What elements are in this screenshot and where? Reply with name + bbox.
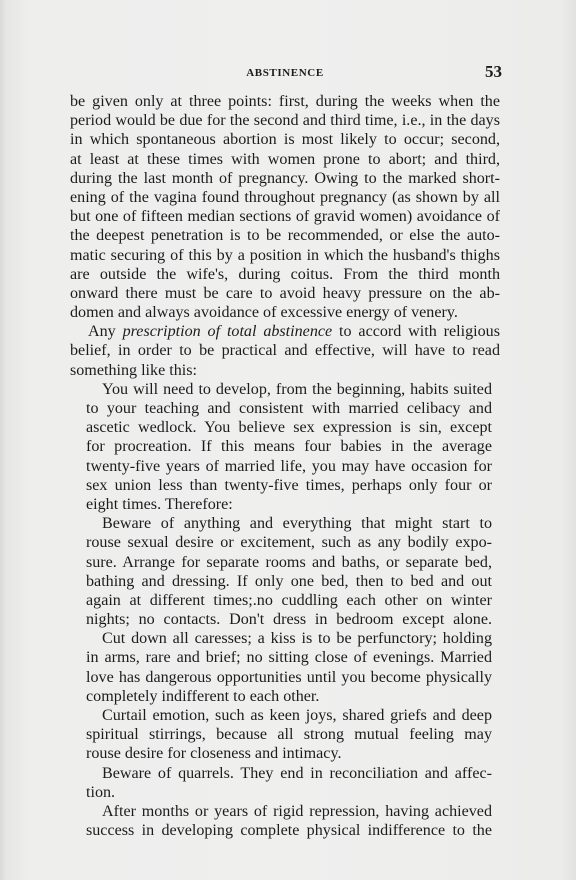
text-line: matic securing of this by a position in … — [70, 246, 500, 265]
quote-paragraph: After months or years of rigid repressio… — [86, 802, 492, 840]
text-line: onward there must be care to avoid heavy… — [70, 284, 500, 303]
text-line: rouse sexual desire or excitement, such … — [86, 533, 492, 552]
text-line: for procreation. If this means four babi… — [86, 437, 492, 456]
text-line: in arms, rare and brief; no sitting clos… — [86, 648, 492, 667]
text-line: You will need to develop, from the begin… — [86, 380, 492, 399]
text-line: success in developing complete physical … — [86, 821, 492, 840]
text-line: spiritual stirrings, because all strong … — [86, 725, 492, 744]
text-line: nights; no contacts. Don't dress in bedr… — [86, 610, 492, 629]
text-line: period would be due for the second and t… — [70, 111, 500, 130]
text-line: completely indifferent to each other. — [86, 687, 492, 706]
text-line: Beware of quarrels. They end in reconcil… — [86, 764, 492, 783]
text-line: Beware of anything and everything that m… — [86, 514, 492, 533]
text-line: but one of fifteen median sections of gr… — [70, 207, 500, 226]
text-line: to your teaching and consistent with mar… — [86, 399, 492, 418]
text-line: again at different times;.no cuddling ea… — [86, 591, 492, 610]
block-quote: You will need to develop, from the begin… — [86, 380, 492, 841]
text-line: ascetic wedlock. You believe sex express… — [86, 418, 492, 437]
paragraph: be given only at three points: first, du… — [70, 92, 500, 322]
text-line: tion. — [86, 783, 492, 802]
page-number: 53 — [485, 62, 502, 82]
text-line: ening of the vagina found throughout pre… — [70, 188, 500, 207]
text-line: sure. Arrange for separate rooms and bat… — [86, 553, 492, 572]
text-line: in which spontaneous abortion is most li… — [70, 130, 500, 149]
running-title: ABSTINENCE — [70, 67, 500, 79]
text-line: Curtail emotion, such as keen joys, shar… — [86, 706, 492, 725]
quote-paragraph: Cut down all caresses; a kiss is to be p… — [86, 629, 492, 706]
quote-paragraph: Curtail emotion, such as keen joys, shar… — [86, 706, 492, 764]
text-run: to accord with religious — [332, 323, 500, 340]
text-line: love has dangerous opportunities until y… — [86, 668, 492, 687]
body-text: be given only at three points: first, du… — [70, 92, 500, 840]
text-line: Cut down all caresses; a kiss is to be p… — [86, 629, 492, 648]
text-line: are outside the wife's, during coitus. F… — [70, 265, 500, 284]
text-line: After months or years of rigid repressio… — [86, 802, 492, 821]
quote-paragraph: Beware of anything and everything that m… — [86, 514, 492, 629]
text-line: at least at these times with women prone… — [70, 150, 500, 169]
text-line: belief, in order to be practical and eff… — [70, 341, 500, 360]
quote-paragraph: You will need to develop, from the begin… — [86, 380, 492, 514]
text-line: Any prescription of total abstinence to … — [70, 322, 500, 341]
text-line: rouse desire for closeness and intimacy. — [86, 744, 492, 763]
text-line: eight times. Therefore: — [86, 495, 492, 514]
text-line: twenty-five years of married life, you m… — [86, 457, 492, 476]
text-line: be given only at three points: first, du… — [70, 92, 500, 111]
text-line: domen and always avoidance of excessive … — [70, 303, 500, 322]
text-line: sex union less than twenty-five times, p… — [86, 476, 492, 495]
running-head: ABSTINENCE 53 — [70, 64, 500, 82]
text-line: the deepest penetration is to be recomme… — [70, 226, 500, 245]
quote-paragraph: Beware of quarrels. They end in reconcil… — [86, 764, 492, 802]
book-page: ABSTINENCE 53 be given only at three poi… — [0, 0, 576, 880]
text-line: bathing and dressing. If only one bed, t… — [86, 572, 492, 591]
text-line: something like this: — [70, 361, 500, 380]
text-run: Any — [88, 323, 123, 340]
paragraph: Any prescription of total abstinence to … — [70, 322, 500, 380]
italic-phrase: prescription of total abstinence — [123, 323, 333, 340]
text-line: during the last month of pregnancy. Owin… — [70, 169, 500, 188]
